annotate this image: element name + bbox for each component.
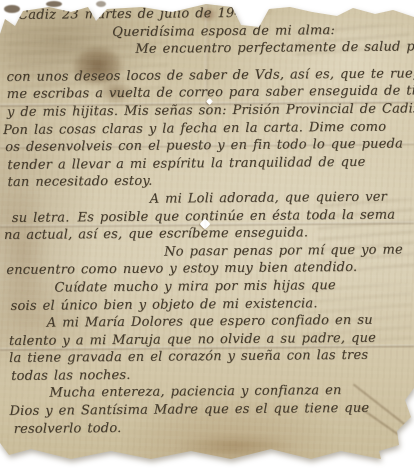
letter-line: A mi Loli adorada, que quiero ver [150,188,412,208]
letter-photo: Cadiz 23 martes de julio de 1940 Queridí… [0,0,414,473]
paper-shadow: Cadiz 23 martes de julio de 1940 Queridí… [0,0,414,473]
letter-line: Dios y en Santísima Madre que es el que … [9,399,413,420]
letter-line: resolverlo todo. [14,417,414,438]
letter-line-segment: Es posible que continúe en ésta toda la … [77,207,395,225]
letter-line: Me encuentro perfectamente de salud pero [135,39,410,59]
letter-line-segment: su letra. [12,210,70,226]
letter-line: No pasar penas por mí que yo me [164,241,412,261]
letter-line: encuentro como nuevo y estoy muy bien at… [6,259,412,280]
letter-paper: Cadiz 23 martes de julio de 1940 Queridí… [0,0,414,473]
letter-line: su letra.Es posible que continúe en ésta… [12,206,412,227]
letter-line: la tiene gravada en el corazón y sueña c… [9,347,413,368]
